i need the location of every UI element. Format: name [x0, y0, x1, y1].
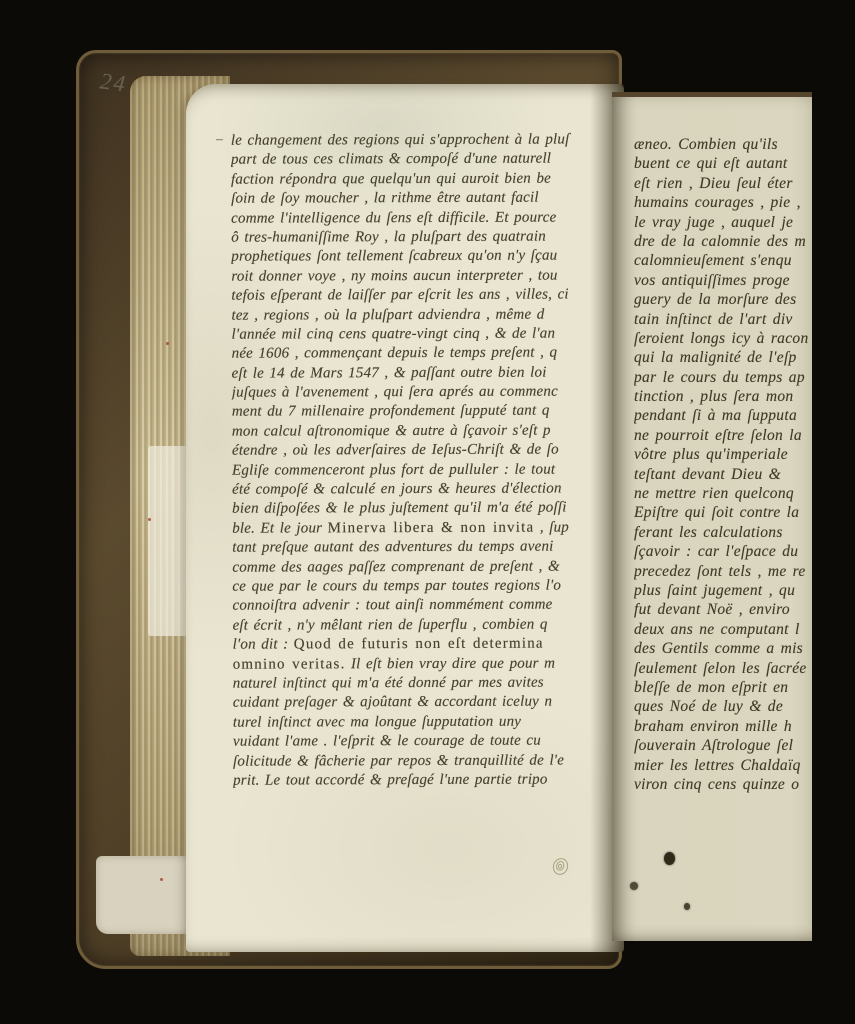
red-speck: [148, 518, 151, 521]
text-line: prit. Le tout accordé & preſagé l'une pa…: [233, 770, 626, 791]
text-line: étendre , où les adverſaires de Ieſus-Ch…: [232, 441, 625, 462]
text-line: teſtant devant Dieu &: [634, 465, 811, 484]
right-page-text: æneo. Combien qu'ilsbuent ce qui eſt aut…: [634, 135, 811, 811]
worm-hole-spot: [630, 882, 638, 890]
left-page: le changement des regions qui s'approche…: [186, 84, 624, 952]
left-page-text: le changement des regions qui s'approche…: [231, 130, 626, 803]
text-line: omnino veritas. Il eſt bien vray dire qu…: [233, 654, 626, 675]
text-line: cuidant preſager & ajoûtant & accordant …: [233, 693, 626, 714]
text-line: ferant les calculations: [634, 523, 811, 542]
text-line: eſt rien , Dieu ſeul éter: [634, 174, 811, 193]
text-line: roit donner voye , ny moins aucun interp…: [231, 266, 624, 287]
text-line: calomnieuſement s'enqu: [634, 251, 811, 270]
text-line: faction répondra que quelqu'un qui auroi…: [231, 169, 624, 190]
text-line: ne mettre rien quelconq: [634, 484, 811, 503]
text-line: comme l'intelligence du ſens eſt diffici…: [231, 208, 624, 229]
text-line: ſouverain Aſtrologue ſel: [634, 736, 811, 755]
text-line: vos antiquiſſimes proge: [634, 271, 811, 290]
red-speck: [160, 878, 163, 881]
text-line: des Gentils comme a mis: [634, 639, 811, 658]
text-line: ſoin de ſoy moucher , la rithme être aut…: [231, 188, 624, 209]
text-line: tez , regions , où la pluſpart adviendra…: [231, 305, 624, 326]
text-line: l'année mil cinq cens quatre-vingt cinq …: [232, 324, 625, 345]
photo-background: le changement des regions qui s'approche…: [0, 0, 855, 1024]
text-line: bien diſpoſées & le plus juſtement qu'il…: [232, 499, 625, 520]
text-line: ô tres-humaniſſime Roy , la pluſpart des…: [231, 227, 624, 248]
text-line: mier les lettres Chaldaïq: [634, 756, 811, 775]
text-line: ſeulement ſelon les ſacrée: [634, 659, 811, 678]
text-line: eſt écrit , n'y mêlant rien de ſuperflu …: [233, 615, 626, 636]
text-line: ce que par le cours du temps par toutes …: [232, 576, 625, 597]
text-line: plus ſaint jugement , qu: [634, 581, 811, 600]
text-line: ment du 7 millenaire profondement ſupput…: [232, 402, 625, 423]
text-line: precedez ſont tels , me re: [634, 562, 811, 581]
text-line: tain inſtinct de l'art div: [634, 310, 811, 329]
text-line: qui la malignité de l'eſp: [634, 348, 811, 367]
text-line: connoiſtra advenir : tout ainſi nommémen…: [232, 596, 625, 617]
text-line: ſçavoir : car l'eſpace du: [634, 542, 811, 561]
text-line: prophetiques ſont tellement ſcabreux qu'…: [231, 247, 624, 268]
text-line: mon calcul aſtronomique & autre à ſçavoi…: [232, 421, 625, 442]
text-line: ble. Et le jour Minerva libera & non inv…: [232, 518, 625, 539]
text-line: viron cinq cens quinze o: [634, 775, 811, 794]
text-line: l'on dit : Quod de futuris non eſt deter…: [233, 634, 626, 655]
text-line: le vray juge , auquel je: [634, 213, 811, 232]
text-line: par le cours du temps ap: [634, 368, 811, 387]
red-speck: [166, 342, 169, 345]
text-line: été compoſé & calculé en jours & heures …: [232, 479, 625, 500]
text-line: humains courages , pie ,: [634, 193, 811, 212]
worm-hole-spot: [664, 852, 675, 865]
text-line: bleſſe de mon eſprit en: [634, 678, 811, 697]
text-line: braham environ mille h: [634, 717, 811, 736]
text-line: juſques à l'avenement , qui ſera aprés a…: [232, 382, 625, 403]
handwritten-page-number: 24: [99, 68, 129, 97]
text-line: ne pourroit eſtre ſelon la: [634, 426, 811, 445]
text-line: Epiſtre qui ſoit contre la: [634, 503, 811, 522]
text-line: ques Noé de luy & de: [634, 697, 811, 716]
text-line: tinction , plus ſera mon: [634, 387, 811, 406]
text-line: tant preſque autant des adventures du te…: [232, 538, 625, 559]
text-line: æneo. Combien qu'ils: [634, 135, 811, 154]
text-line: comme des aages paſſez comprenant de pre…: [232, 557, 625, 578]
text-line: turel inſtinct avec ma longue ſupputatio…: [233, 712, 626, 733]
text-line: naturel inſtinct qui m'a été donné par m…: [233, 673, 626, 694]
text-line: ſeroient longs icy à racon: [634, 329, 811, 348]
text-line: deux ans ne computant l: [634, 620, 811, 639]
text-line: ſolicitude & fâcherie par repos & tranqu…: [233, 751, 626, 772]
text-line: guery de la morſure des: [634, 290, 811, 309]
text-line: vuidant l'ame . l'eſprit & le courage de…: [233, 731, 626, 752]
text-line: Egliſe commenceront plus fort de pullule…: [232, 460, 625, 481]
text-line: pendant ſi à ma ſupputa: [634, 406, 811, 425]
text-line: vôtre plus qu'imperiale: [634, 445, 811, 464]
text-line: eſt le 14 de Mars 1547 , & paſſant outre…: [232, 363, 625, 384]
margin-dash: –: [216, 132, 223, 148]
worm-hole-spot: [684, 903, 690, 910]
text-line: dre de la calomnie des m: [634, 232, 811, 251]
text-line: tefois eſperant de laiſſer par eſcrit le…: [231, 285, 624, 306]
text-line: fut devant Noë , enviro: [634, 600, 811, 619]
text-line: née 1606 , commençant depuis le temps pr…: [232, 344, 625, 365]
text-line: le changement des regions qui s'approche…: [231, 130, 624, 151]
right-page: æneo. Combien qu'ilsbuent ce qui eſt aut…: [612, 92, 812, 941]
text-line: part de tous ces climats & compoſé d'une…: [231, 150, 624, 171]
text-line: buent ce qui eſt autant: [634, 154, 811, 173]
